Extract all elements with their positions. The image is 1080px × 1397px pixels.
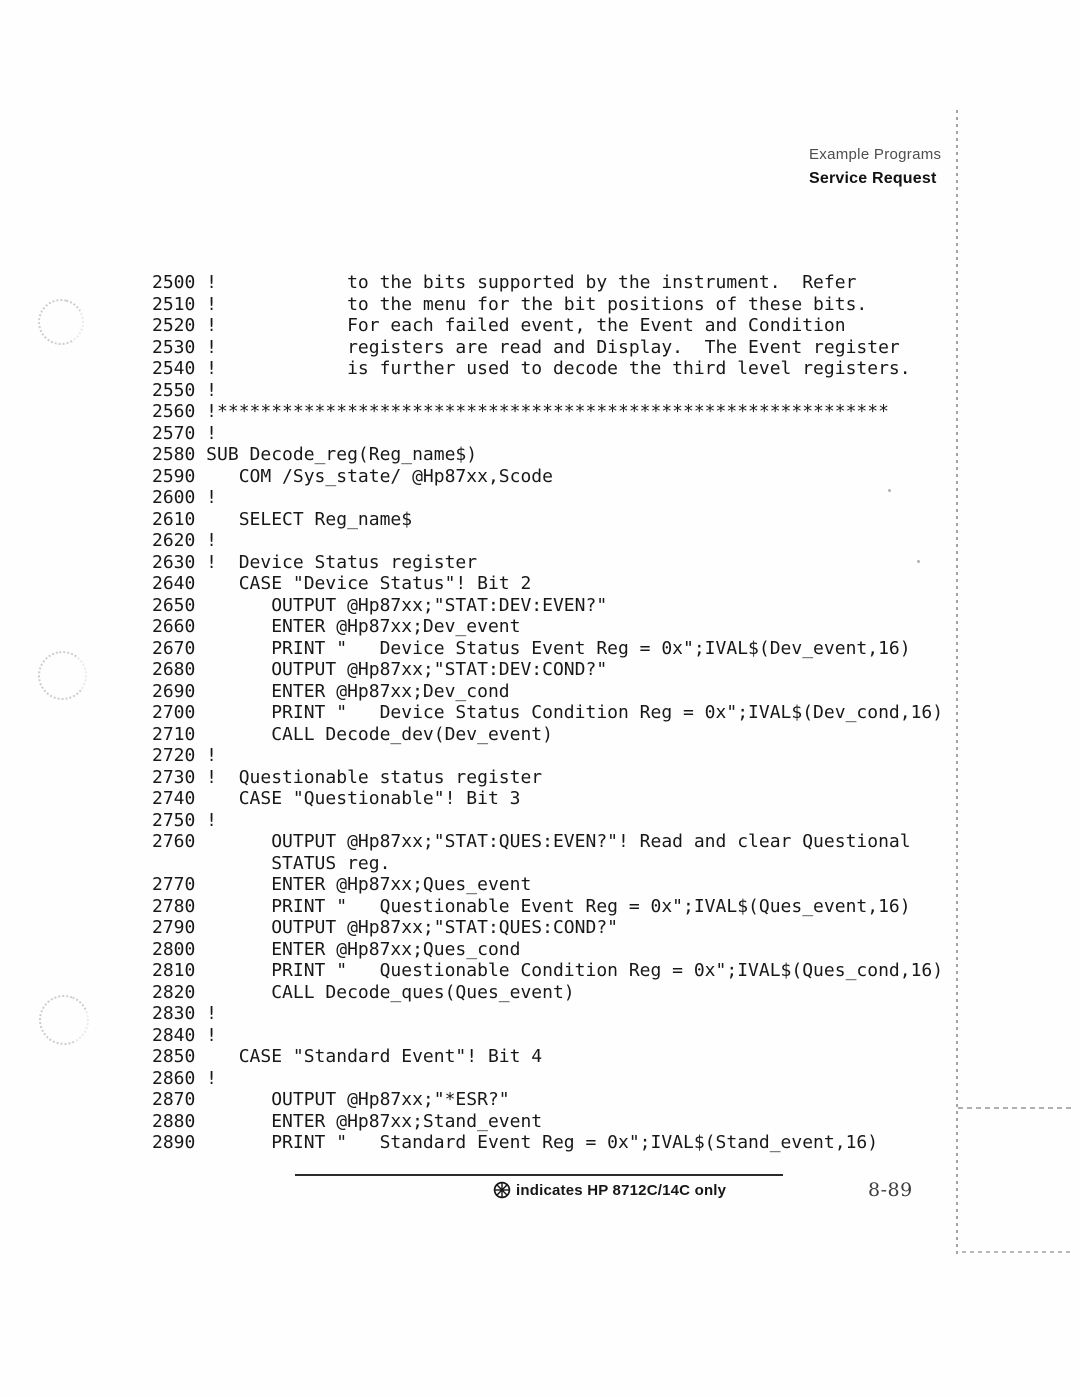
scan-artifact-smudge-circle xyxy=(35,648,90,703)
code-line: 2760 OUTPUT @Hp87xx;"STAT:QUES:EVEN?"! R… xyxy=(152,831,943,853)
scan-artifact-vertical-dotted-line xyxy=(956,110,958,1257)
code-line: 2550 ! xyxy=(152,380,943,402)
code-line: 2710 CALL Decode_dev(Dev_event) xyxy=(152,724,943,746)
code-line: 2520 ! For each failed event, the Event … xyxy=(152,315,943,337)
code-line: 2670 PRINT " Device Status Event Reg = 0… xyxy=(152,638,943,660)
chapter-title: Example Programs xyxy=(809,146,941,163)
scan-artifact-speck xyxy=(917,560,920,563)
scan-artifact-smudge-circle xyxy=(33,294,89,350)
code-line: 2790 OUTPUT @Hp87xx;"STAT:QUES:COND?" xyxy=(152,917,943,939)
code-line: 2850 CASE "Standard Event"! Bit 4 xyxy=(152,1046,943,1068)
code-listing: 2500 ! to the bits supported by the inst… xyxy=(152,272,943,1154)
code-line: 2720 ! xyxy=(152,745,943,767)
scan-artifact-horizontal-dash xyxy=(962,1251,1070,1253)
code-line: 2700 PRINT " Device Status Condition Reg… xyxy=(152,702,943,724)
code-line: 2680 OUTPUT @Hp87xx;"STAT:DEV:COND?" xyxy=(152,659,943,681)
code-line: 2870 OUTPUT @Hp87xx;"*ESR?" xyxy=(152,1089,943,1111)
footer-note: indicates HP 8712C/14C only xyxy=(493,1181,726,1199)
code-line: 2600 ! xyxy=(152,487,943,509)
code-line: 2730 ! Questionable status register xyxy=(152,767,943,789)
code-line: 2580 SUB Decode_reg(Reg_name$) xyxy=(152,444,943,466)
code-line: 2740 CASE "Questionable"! Bit 3 xyxy=(152,788,943,810)
code-line: 2510 ! to the menu for the bit positions… xyxy=(152,294,943,316)
code-line: 2560 !**********************************… xyxy=(152,401,943,423)
code-line: 2620 ! xyxy=(152,530,943,552)
code-line: 2810 PRINT " Questionable Condition Reg … xyxy=(152,960,943,982)
section-title: Service Request xyxy=(809,170,941,188)
code-line: 2570 ! xyxy=(152,423,943,445)
footer-rule xyxy=(295,1174,783,1176)
code-line: 2800 ENTER @Hp87xx;Ques_cond xyxy=(152,939,943,961)
scan-artifact-speck xyxy=(888,489,891,492)
code-line: 2640 CASE "Device Status"! Bit 2 xyxy=(152,573,943,595)
footer-note-text: indicates HP 8712C/14C only xyxy=(516,1182,726,1199)
code-line: 2890 PRINT " Standard Event Reg = 0x";IV… xyxy=(152,1132,943,1154)
code-line: 2630 ! Device Status register xyxy=(152,552,943,574)
code-line: 2540 ! is further used to decode the thi… xyxy=(152,358,943,380)
code-line: 2860 ! xyxy=(152,1068,943,1090)
code-line: 2660 ENTER @Hp87xx;Dev_event xyxy=(152,616,943,638)
code-line: 2880 ENTER @Hp87xx;Stand_event xyxy=(152,1111,943,1133)
code-line: 2690 ENTER @Hp87xx;Dev_cond xyxy=(152,681,943,703)
code-line: 2530 ! registers are read and Display. T… xyxy=(152,337,943,359)
scan-artifact-smudge-circle xyxy=(32,988,97,1053)
scan-artifact-horizontal-dash xyxy=(958,1107,1074,1109)
code-line: 2770 ENTER @Hp87xx;Ques_event xyxy=(152,874,943,896)
code-line: 2590 COM /Sys_state/ @Hp87xx,Scode xyxy=(152,466,943,488)
code-line: 2500 ! to the bits supported by the inst… xyxy=(152,272,943,294)
scanned-manual-page: Example Programs Service Request 2500 ! … xyxy=(0,0,1080,1397)
code-line: STATUS reg. xyxy=(152,853,943,875)
code-line: 2650 OUTPUT @Hp87xx;"STAT:DEV:EVEN?" xyxy=(152,595,943,617)
page-number: 8-89 xyxy=(868,1179,913,1201)
circled-asterisk-icon xyxy=(493,1181,511,1199)
code-line: 2780 PRINT " Questionable Event Reg = 0x… xyxy=(152,896,943,918)
code-line: 2840 ! xyxy=(152,1025,943,1047)
code-line: 2610 SELECT Reg_name$ xyxy=(152,509,943,531)
code-line: 2820 CALL Decode_ques(Ques_event) xyxy=(152,982,943,1004)
page-header: Example Programs Service Request xyxy=(809,146,941,188)
code-line: 2750 ! xyxy=(152,810,943,832)
code-line: 2830 ! xyxy=(152,1003,943,1025)
